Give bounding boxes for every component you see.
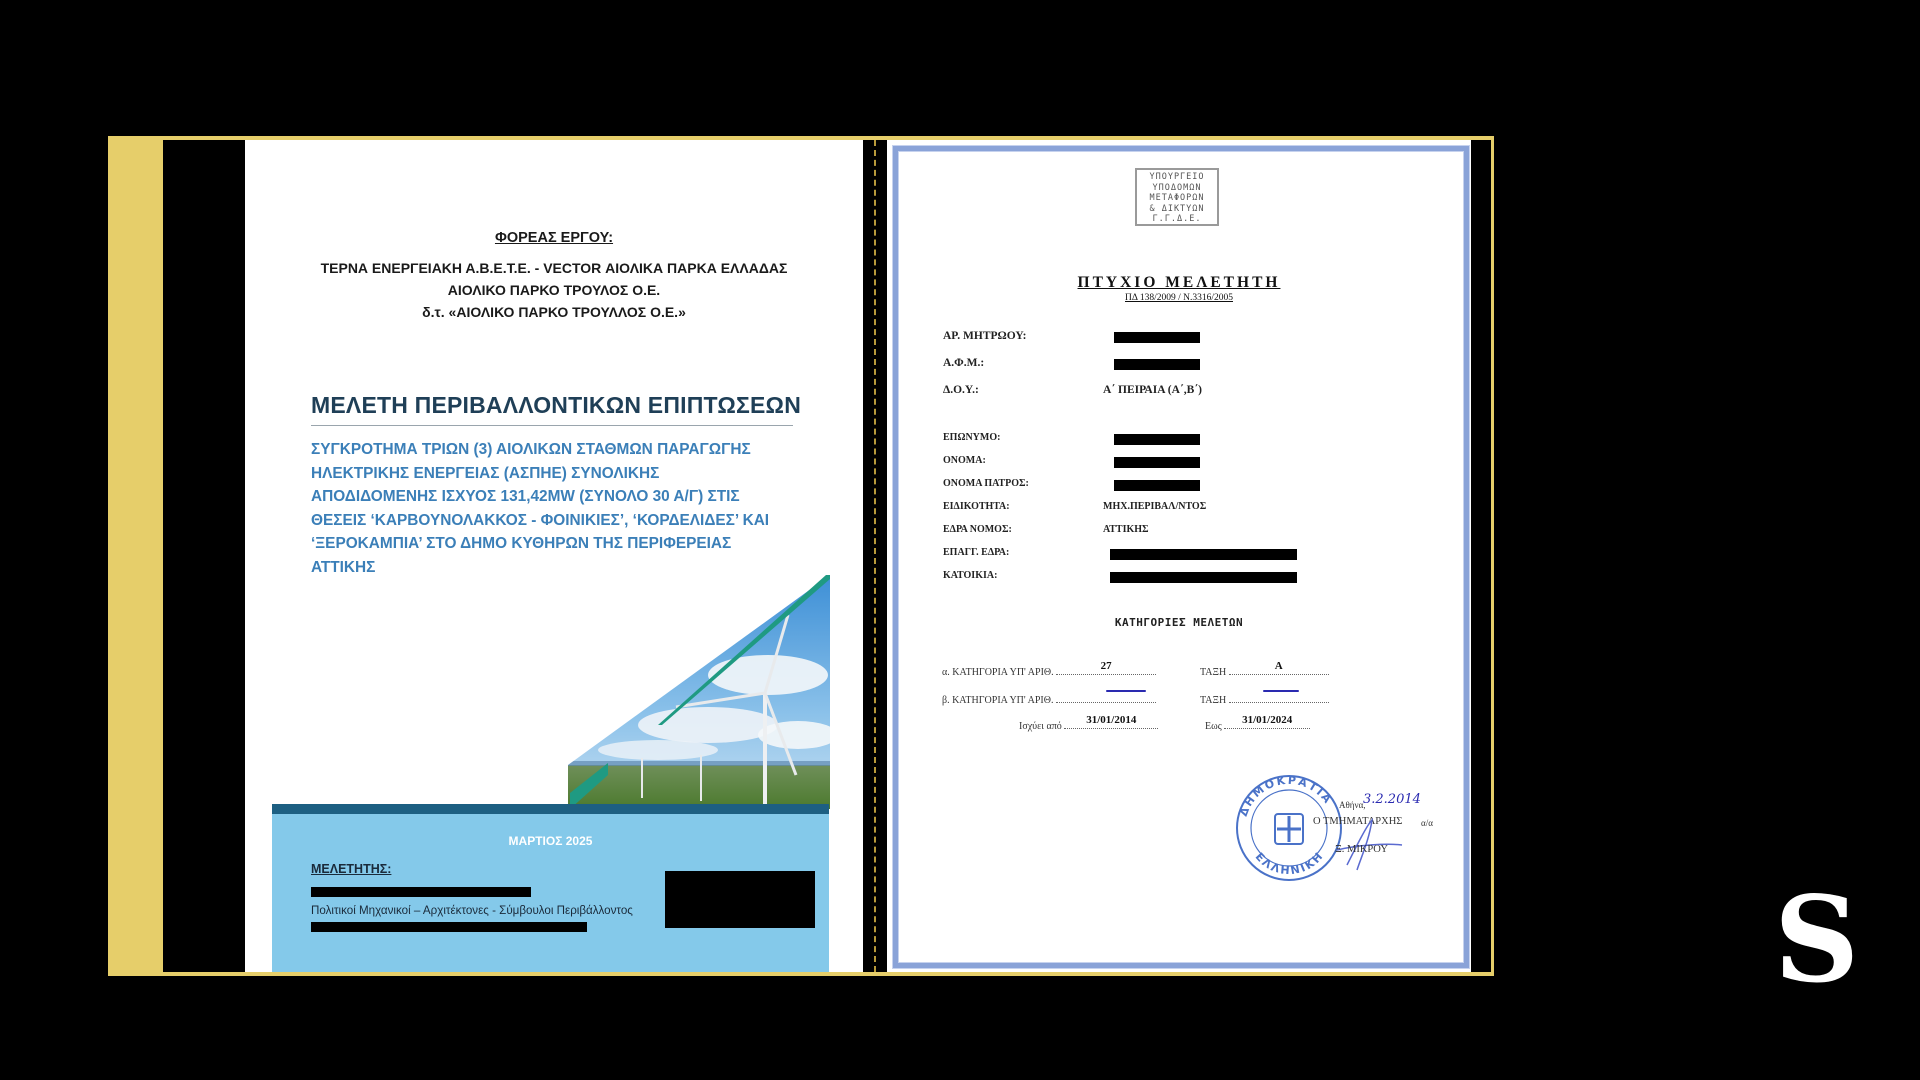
field-label: ΑΡ. ΜΗΤΡΩΟΥ: (943, 330, 1026, 342)
category-a-row: α. ΚΑΤΗΓΟΡΙΑ ΥΠ' ΑΡΙΘ. 27 (942, 664, 1156, 678)
redaction-bar (1114, 480, 1200, 491)
handwritten-date: 3.2.2014 (1363, 792, 1421, 807)
signer-name: Ξ. ΜΙΚΡΟΥ (1335, 844, 1388, 855)
valid-to-row: Εως 31/01/2024 (1205, 718, 1310, 732)
field-label: ΕΠΩΝΥΜΟ: (943, 432, 1000, 443)
publication-date: ΜΑΡΤΙΟΣ 2025 (272, 834, 829, 848)
author-profession: Πολιτικοί Μηχανικοί – Αρχιτέκτονες - Σύμ… (311, 904, 633, 917)
place-label: Αθήνα, (1339, 800, 1366, 810)
field-value: ΜΗΧ.ΠΕΡΙΒΑΛ/ΝΤΟΣ (1103, 501, 1206, 512)
category-b-class-label: ΤΑΞΗ (1200, 695, 1226, 706)
category-a-class-row: ΤΑΞΗ Α (1200, 664, 1329, 678)
field-label: ΕΙΔΙΚΟΤΗΤΑ: (943, 501, 1010, 512)
wind-turbine-photo (568, 575, 830, 809)
redaction-bar (1114, 434, 1200, 445)
subtitle-line: ΣΥΓΚΡΟΤΗΜΑ ΤΡΙΩΝ (3) ΑΙΟΛΙΚΩΝ ΣΤΑΘΜΩΝ ΠΑ… (311, 438, 811, 462)
pen-strike-mark (1263, 690, 1299, 692)
valid-to-label: Εως (1205, 721, 1222, 732)
field-label: ΚΑΤΟΙΚΙΑ: (943, 570, 997, 581)
valid-from-row: Ισχύει από 31/01/2014 (1019, 718, 1158, 732)
stamp-line: Γ.Γ.Δ.Ε. (1137, 214, 1217, 225)
category-a-number: 27 (1056, 660, 1156, 672)
field-label: Α.Φ.Μ.: (943, 357, 984, 369)
document-subtitle: ΣΥΓΚΡΟΤΗΜΑ ΤΡΙΩΝ (3) ΑΙΟΛΙΚΩΝ ΣΤΑΘΜΩΝ ΠΑ… (311, 438, 811, 579)
categories-heading: ΚΑΤΗΓΟΡΙΕΣ ΜΕΛΕΤΩΝ (887, 616, 1471, 629)
field-label: ΕΔΡΑ ΝΟΜΟΣ: (943, 524, 1012, 535)
stamp-line: ΥΠΟΔΟΜΩΝ (1137, 183, 1217, 194)
category-a-class-label: ΤΑΞΗ (1200, 667, 1226, 678)
category-a-label: α. ΚΑΤΗΓΟΡΙΑ ΥΠ' ΑΡΙΘ. (942, 667, 1054, 678)
redaction-bar (1114, 332, 1200, 343)
field-label: ΟΝΟΜΑ: (943, 455, 986, 466)
redaction-bar (1114, 457, 1200, 468)
category-b-label: β. ΚΑΤΗΓΟΡΙΑ ΥΠ' ΑΡΙΘ. (942, 695, 1053, 706)
svg-text:ΔΗΜΟΚΡΑΤΙΑ: ΔΗΜΟΚΡΑΤΙΑ (1237, 774, 1335, 818)
author-heading: ΜΕΛΕΤΗΤΗΣ: (311, 862, 391, 876)
page-divider (874, 140, 876, 972)
category-b-row: β. ΚΑΤΗΓΟΡΙΑ ΥΠ' ΑΡΙΘ. (942, 692, 1156, 706)
field-value: Α΄ ΠΕΙΡΑΙΑ (Α΄,Β΄) (1103, 384, 1202, 396)
field-label: ΕΠΑΓΓ. ΕΔΡΑ: (943, 547, 1009, 558)
valid-from-date: 31/01/2014 (1064, 714, 1158, 726)
sponsor-line: ΑΙΟΛΙΚΟ ΠΑΡΚΟ ΤΡΟΥΛΟΣ Ο.Ε. (245, 282, 863, 298)
subtitle-line: ‘ΞΕΡΟΚΑΜΠΙΑ’ ΣΤΟ ΔΗΜΟ ΚΥΘΗΡΩΝ ΤΗΣ ΠΕΡΙΦΕ… (311, 532, 811, 556)
stamp-line: ΜΕΤΑΦΟΡΩΝ (1137, 193, 1217, 204)
field-label: ΟΝΟΜΑ ΠΑΤΡΟΣ: (943, 478, 1029, 489)
redaction-box-logo (665, 871, 815, 928)
field-label: Δ.Ο.Υ.: (943, 384, 979, 396)
category-b-class-row: ΤΑΞΗ (1200, 692, 1329, 706)
cover-dark-band (272, 804, 829, 814)
redaction-bar (311, 922, 587, 932)
subtitle-line: ΑΠΟΔΙΔΟΜΕΝΗΣ ΙΣΧΥΟΣ 131,42MW (ΣΥΝΟΛΟ 30 … (311, 485, 811, 509)
signer-aa: α/α (1421, 818, 1433, 828)
redaction-bar (1110, 549, 1297, 560)
stamp-line: ΥΠΟΥΡΓΕΙΟ (1137, 172, 1217, 183)
publisher-logo: S (1774, 880, 1846, 1000)
title-divider (311, 425, 793, 426)
ministry-stamp: ΥΠΟΥΡΓΕΙΟ ΥΠΟΔΟΜΩΝ ΜΕΤΑΦΟΡΩΝ & ΔΙΚΤΥΩΝ Γ… (1135, 168, 1219, 226)
subtitle-line: ΗΛΕΚΤΡΙΚΗΣ ΕΝΕΡΓΕΙΑΣ (ΑΣΠΗΕ) ΣΥΝΟΛΙΚΗΣ (311, 462, 811, 486)
certificate-page: ΥΠΟΥΡΓΕΙΟ ΥΠΟΔΟΜΩΝ ΜΕΤΑΦΟΡΩΝ & ΔΙΚΤΥΩΝ Γ… (887, 140, 1471, 972)
sponsor-heading: ΦΟΡΕΑΣ ΕΡΓΟΥ: (245, 230, 863, 246)
certificate-title: ΠΤΥΧΙΟ ΜΕΛΕΤΗΤΗ (887, 274, 1471, 292)
redaction-bar (1110, 572, 1297, 583)
cover-footer-block: ΜΑΡΤΙΟΣ 2025 ΜΕΛΕΤΗΤΗΣ: Πολιτικοί Μηχανι… (272, 814, 829, 972)
field-value: ΑΤΤΙΚΗΣ (1103, 524, 1149, 535)
sponsor-line: δ.τ. «ΑΙΟΛΙΚΟ ΠΑΡΚΟ ΤΡΟΥΛΛΟΣ Ο.Ε.» (245, 304, 863, 320)
valid-to-date: 31/01/2024 (1224, 714, 1310, 726)
category-a-class: Α (1229, 660, 1329, 672)
redaction-bar (1114, 359, 1200, 370)
redaction-bar (311, 887, 531, 897)
subtitle-line: ΘΕΣΕΙΣ ‘ΚΑΡΒΟΥΝΟΛΑΚΚΟΣ - ΦΟΙΝΙΚΙΕΣ’, ‘ΚΟ… (311, 509, 811, 533)
pen-strike-mark (1106, 690, 1146, 692)
cover-page: ΦΟΡΕΑΣ ΕΡΓΟΥ: ΤΕΡΝΑ ΕΝΕΡΓΕΙΑΚΗ Α.Β.Ε.Τ.Ε… (245, 140, 863, 972)
sponsor-line: ΤΕΡΝΑ ΕΝΕΡΓΕΙΑΚΗ Α.Β.Ε.Τ.Ε. - VECTOR ΑΙΟ… (245, 260, 863, 276)
valid-from-label: Ισχύει από (1019, 721, 1062, 732)
document-title: ΜΕΛΕΤΗ ΠΕΡΙΒΑΛΛΟΝΤΙΚΩΝ ΕΠΙΠΤΩΣΕΩΝ (311, 392, 801, 419)
stamp-line: & ΔΙΚΤΥΩΝ (1137, 204, 1217, 215)
legal-reference: ΠΔ 138/2009 / Ν.3316/2005 (887, 293, 1471, 303)
